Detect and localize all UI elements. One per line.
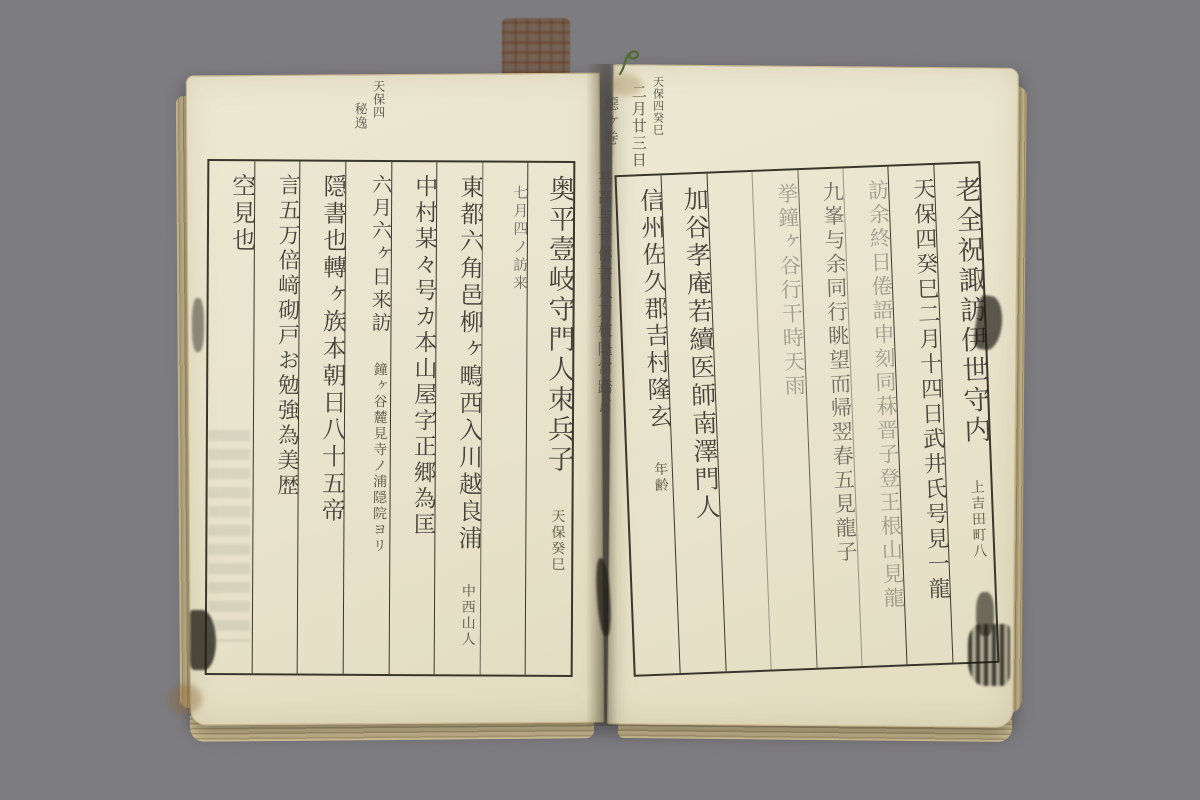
text-column: 隠書也轉ヶ族本朝日八十五帝 xyxy=(297,162,345,674)
column-main-text: 七月四ノ訪来 xyxy=(511,185,528,293)
column-main-text: 隠書也轉ヶ族本朝日八十五帝 xyxy=(317,174,345,525)
ruled-frame-left: 奥平壹岐守門人朿兵子 天保癸巳 七月四ノ訪来 東都六角邑柳ヶ鴫西入川越良浦 中西… xyxy=(205,159,576,677)
margin-annotation: 鐚ヶ巻 xyxy=(602,96,618,147)
ink-bleed-through xyxy=(208,430,250,642)
column-main-text: 東都六角邑柳ヶ鴫西入川越良浦 xyxy=(454,174,482,552)
column-main-text: 言五万倍﨑砌戸お勉強為美歴 xyxy=(274,173,300,498)
manuscript-photo: 老全祝諏訪伊世守内 上吉田町八 天保四癸巳二月十四日武井氏号見一龍 訪余終日倦語… xyxy=(0,0,1200,800)
text-column: 言五万倍﨑砌戸お勉強為美歴 xyxy=(251,161,299,673)
column-note: 年齢 xyxy=(652,461,669,494)
column-main-text: 奥平壹岐守門人朿兵子 xyxy=(543,175,574,475)
margin-note: 天保四 xyxy=(372,80,385,119)
paper-stain xyxy=(168,684,202,714)
ruled-frame-right: 老全祝諏訪伊世守内 上吉田町八 天保四癸巳二月十四日武井氏号見一龍 訪余終日倦語… xyxy=(614,161,999,677)
text-column: 七月四ノ訪来 xyxy=(479,162,527,674)
column-note: 天保癸巳 xyxy=(549,509,565,573)
column-main-text: 中村某々号カ本山屋字正郷為匡 xyxy=(409,174,436,538)
fore-edge-ink-smudge xyxy=(976,592,994,636)
text-column: 六月六ヶ日来訪 鐘ヶ谷麓見寺ノ浦隠院ヨリ xyxy=(343,162,391,674)
fore-edge-ink-smudge xyxy=(192,298,204,352)
margin-note: 秘逸 xyxy=(352,102,366,130)
date-annotation: 天保四癸巳 xyxy=(652,76,664,136)
paper-stain xyxy=(612,74,642,96)
column-main-text: 空見也 xyxy=(227,173,253,254)
column-note: 中西山人 xyxy=(460,583,476,647)
column-main-text: 六月六ヶ日来訪 xyxy=(368,174,391,335)
column-note: 上吉田町八 xyxy=(968,479,987,560)
column-note: 鐘ヶ谷麓見寺ノ浦隠院ヨリ xyxy=(371,362,388,554)
date-annotation: 二月廿三日 xyxy=(630,84,646,169)
text-column: 東都六角邑柳ヶ鴫西入川越良浦 中西山人 xyxy=(434,162,482,674)
text-column: 奥平壹岐守門人朿兵子 天保癸巳 xyxy=(525,163,573,675)
text-column: 中村某々号カ本山屋字正郷為匡 xyxy=(388,162,436,674)
